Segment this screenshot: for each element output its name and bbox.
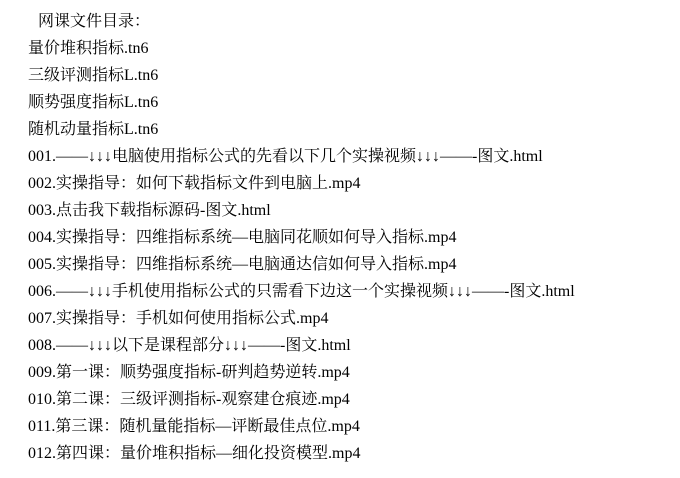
file-list-item-tn6: 三级评测指标L.tn6 bbox=[28, 62, 670, 89]
file-list-item-mp4: 012.第四课：量价堆积指标—细化投资模型.mp4 bbox=[28, 440, 670, 467]
file-list-item-tn6: 顺势强度指标L.tn6 bbox=[28, 89, 670, 116]
file-list-item-mp4: 011.第三课：随机量能指标—评断最佳点位.mp4 bbox=[28, 413, 670, 440]
file-list-item-html: 008.——↓↓↓以下是课程部分↓↓↓——-图文.html bbox=[28, 332, 670, 359]
file-list-item-html: 001.——↓↓↓电脑使用指标公式的先看以下几个实操视频↓↓↓——-图文.htm… bbox=[28, 143, 670, 170]
file-list-item-tn6: 量价堆积指标.tn6 bbox=[28, 35, 670, 62]
file-list-item-mp4: 009.第一课：顺势强度指标-研判趋势逆转.mp4 bbox=[28, 359, 670, 386]
file-list-item-tn6: 随机动量指标L.tn6 bbox=[28, 116, 670, 143]
file-list-item-mp4: 007.实操指导：手机如何使用指标公式.mp4 bbox=[28, 305, 670, 332]
file-list-item-mp4: 002.实操指导：如何下载指标文件到电脑上.mp4 bbox=[28, 170, 670, 197]
course-file-directory: 网课文件目录： 量价堆积指标.tn6 三级评测指标L.tn6 顺势强度指标L.t… bbox=[0, 0, 680, 478]
file-list-item-html: 006.——↓↓↓手机使用指标公式的只需看下边这一个实操视频↓↓↓——-图文.h… bbox=[28, 278, 670, 305]
file-list-item-mp4: 005.实操指导：四维指标系统—电脑通达信如何导入指标.mp4 bbox=[28, 251, 670, 278]
file-list-item-mp4: 010.第二课：三级评测指标-观察建仓痕迹.mp4 bbox=[28, 386, 670, 413]
file-list-item-html: 003.点击我下载指标源码-图文.html bbox=[28, 197, 670, 224]
file-list-item-mp4: 004.实操指导：四维指标系统—电脑同花顺如何导入指标.mp4 bbox=[28, 224, 670, 251]
list-heading: 网课文件目录： bbox=[28, 8, 670, 35]
